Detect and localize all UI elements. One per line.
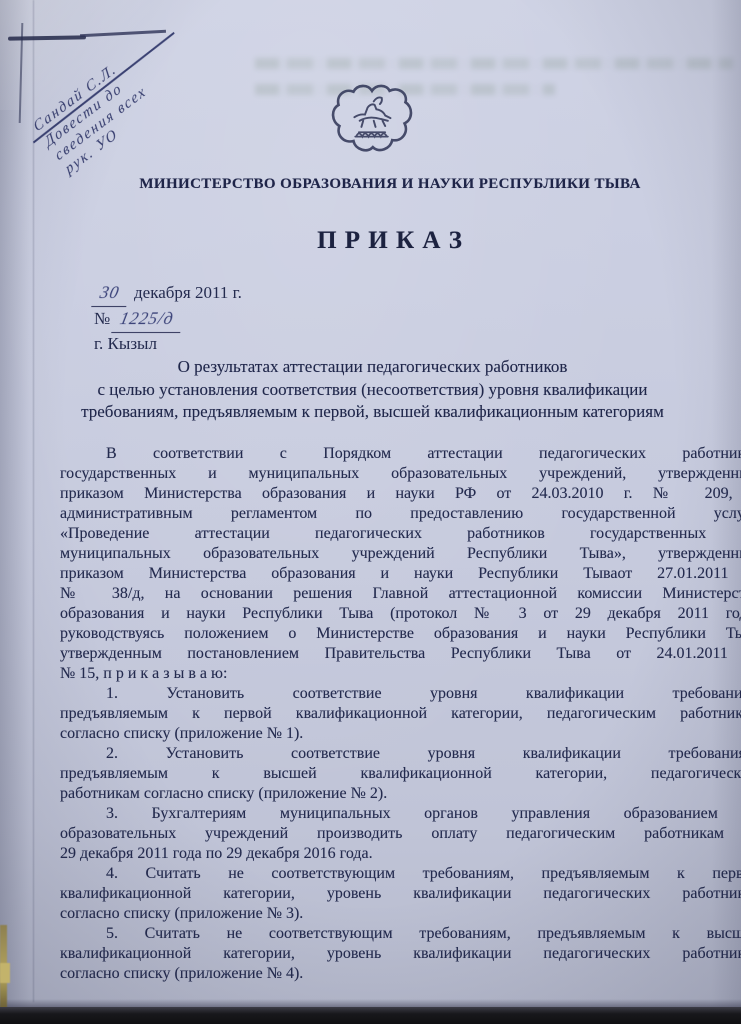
subject-line: с целью установления соответствия (несоо… <box>25 379 720 402</box>
bleed-through-text <box>255 58 733 69</box>
body-line: № 38/д, на основании решения Главной атт… <box>60 584 741 604</box>
body-line: согласно списку (приложение № 4). <box>60 964 741 984</box>
body-line: предъявляемым к первой квалификационной … <box>60 704 741 724</box>
order-body: В соответствии с Порядком аттестации пед… <box>60 444 741 984</box>
body-line: руководствуясь положением о Министерстве… <box>60 624 741 644</box>
body-line: квалификационной категории, уровень квал… <box>60 884 741 904</box>
order-number-line: № 1225/д <box>94 307 242 333</box>
horseman-rosette-emblem-icon <box>328 82 416 156</box>
body-line: образования и науки Республики Тыва (про… <box>60 604 741 624</box>
scanned-order-photo: Сандай С.Л. Довести до сведения всех рук… <box>0 0 741 1024</box>
body-line: В соответствии с Порядком аттестации пед… <box>60 444 741 464</box>
body-line: приказом Министерства образования и наук… <box>60 484 741 504</box>
body-line: приказом Министерства образования и наук… <box>60 564 741 584</box>
ministry-heading: МИНИСТЕРСТВО ОБРАЗОВАНИЯ И НАУКИ РЕСПУБЛ… <box>40 176 740 193</box>
body-line: государственных и муниципальных образова… <box>60 464 741 484</box>
date-text: декабря 2011 г. <box>134 283 242 302</box>
body-line: 5. Считать не соответствующим требования… <box>60 924 741 944</box>
body-line: предъявляемым к высшей квалификационной … <box>60 764 741 784</box>
subject-line: О результатах аттестации педагогических … <box>25 356 720 379</box>
paper-crease-line <box>33 0 34 1002</box>
body-line: утвержденным постановлением Правительств… <box>60 644 741 664</box>
body-line: 2. Установить соответствие уровня квалиф… <box>60 744 741 764</box>
body-line: 4. Считать не соответствующим требования… <box>60 864 741 884</box>
order-date-line: 30декабря 2011 г. <box>94 281 242 307</box>
body-line: согласно списку (приложение № 1). <box>60 724 741 744</box>
desk-background <box>0 1007 741 1024</box>
city-line: г. Кызыл <box>94 332 242 357</box>
body-line: образовательных учреждений производить о… <box>60 824 741 844</box>
handwritten-number: 1225/д <box>112 307 187 333</box>
desk-sliver <box>0 963 10 983</box>
body-line: согласно списку (приложение № 3). <box>60 904 741 924</box>
order-title: П Р И К А З <box>40 227 740 255</box>
body-line: 3. Бухгалтериям муниципальных органов уп… <box>60 804 741 824</box>
body-line: муниципальных образовательных учреждений… <box>60 544 741 564</box>
body-line: административным регламентом по предоста… <box>60 504 741 524</box>
order-requisites: 30декабря 2011 г. № 1225/д г. Кызыл <box>94 281 242 357</box>
body-line: 29 декабря 2011 года по 29 декабря 2016 … <box>60 844 741 864</box>
handwritten-day: 30 <box>91 281 131 307</box>
subject-line: требованиям, предъявляемым к первой, выс… <box>25 401 720 424</box>
body-line: работникам согласно списку (приложение №… <box>60 784 741 804</box>
number-sign: № <box>94 309 110 328</box>
body-line: «Проведение аттестации педагогических ра… <box>60 524 741 544</box>
body-line: № 15, п р и к а з ы в а ю: <box>60 664 741 684</box>
subject-heading: О результатах аттестации педагогических … <box>25 356 720 424</box>
body-line: квалификационной категории, уровень квал… <box>60 944 741 964</box>
body-line: 1. Установить соответствие уровня квалиф… <box>60 684 741 704</box>
